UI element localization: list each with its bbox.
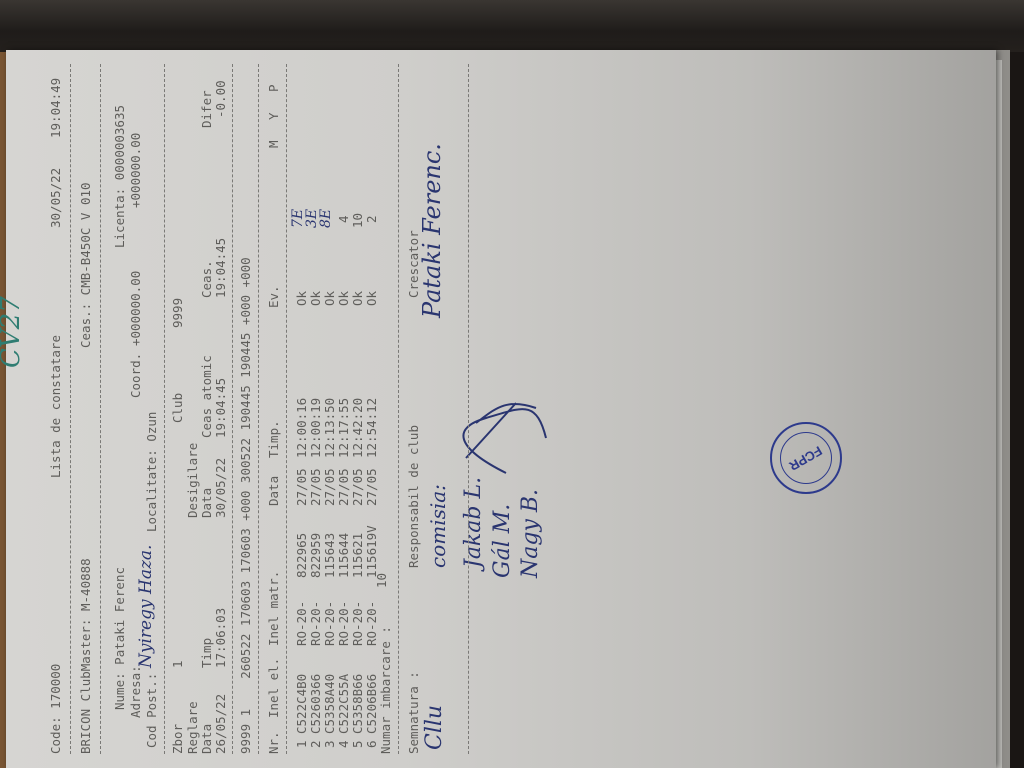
row-nr: 4 [336, 740, 351, 748]
divider [258, 64, 259, 754]
boarding-value: 10 [374, 573, 389, 588]
document-sheet: CV27 Code: 170000 Lista de constatare 30… [6, 50, 996, 768]
col-y: Y [266, 112, 281, 120]
divider [232, 64, 233, 754]
club-value: 9999 [170, 298, 185, 328]
coord-label: Coord. [128, 353, 143, 398]
atomic-label: Ceas atomic [199, 355, 214, 438]
signature-label: Semnatura : [406, 671, 421, 754]
row-inel-el: C522C4B0 [294, 674, 309, 734]
row-timp: 12:54:12 [364, 398, 379, 458]
row-timp: 12:13:50 [322, 398, 337, 458]
row-data: 27/05 [364, 468, 379, 506]
background-dark [0, 0, 1024, 52]
boarding-label: Numar imbarcare : [378, 626, 393, 754]
row-inel-el: C522C55A [336, 674, 351, 734]
coord-y: +000000.00 [128, 133, 143, 208]
row-note: 2 [364, 215, 379, 223]
row-data: 27/05 [308, 468, 323, 506]
row-nr: 2 [308, 740, 323, 748]
divider [70, 64, 71, 754]
club-responsible-label: Responsabil de club [406, 425, 421, 568]
row-prefix: RO-20- [336, 601, 351, 646]
col-timp: Timp. [266, 420, 281, 458]
row-data: 27/05 [322, 468, 337, 506]
row-prefix: RO-20- [322, 601, 337, 646]
unsealing-label: Desigilare [185, 443, 200, 518]
row-matr: 115619V [364, 525, 379, 578]
row-ev: Ok [336, 291, 351, 306]
clubmaster-id: BRICON ClubMaster: M-40888 [78, 558, 93, 754]
signature-scribble: Cllu [422, 705, 447, 750]
divider [468, 64, 469, 754]
document-page: CV27 Code: 170000 Lista de constatare 30… [6, 50, 996, 768]
postcode-label: Cod Post.: [144, 673, 159, 748]
row-inel-el: C5358A40 [322, 674, 337, 734]
row-prefix: RO-20- [364, 601, 379, 646]
row-nr: 1 [294, 740, 309, 748]
row-inel-el: C5206B66 [364, 674, 379, 734]
row-ev: Ok [322, 291, 337, 306]
row-nr: 6 [364, 740, 379, 748]
handwritten-code: CV27 [0, 296, 26, 368]
setting-time: 17:06:03 [213, 608, 228, 668]
row-timp: 12:17:55 [336, 398, 351, 458]
row-note: 8E [318, 209, 334, 228]
commission-label: comisia: [426, 484, 450, 568]
commission-member-1: Jakab L. [461, 477, 486, 568]
commission-member-3: Nagy B. [518, 489, 543, 578]
row-ev: Ok [308, 291, 323, 306]
code-row: Code: 170000 [48, 664, 63, 754]
col-nr: Nr. [266, 731, 281, 754]
row-note: 4 [336, 215, 351, 223]
row-ev: Ok [294, 291, 309, 306]
row-matr: 115621 [350, 533, 365, 578]
divider [398, 64, 399, 754]
row-ev: Ok [350, 291, 365, 306]
row-inel-el: C5358B66 [350, 674, 365, 734]
setting-label: Reglare [185, 701, 200, 754]
clock-time: 19:04:45 [213, 238, 228, 298]
col-p: P [266, 84, 281, 92]
divider [164, 64, 165, 754]
col-ev: Ev. [266, 285, 281, 308]
flight-label: Zbor [170, 724, 185, 754]
unseal-date: 30/05/22 [213, 458, 228, 518]
row-timp: 12:00:19 [308, 398, 323, 458]
col-data: Data [266, 476, 281, 506]
row-prefix: RO-20- [308, 601, 323, 646]
summary-line: 9999 1 260522 170603 170603 +000 300522 … [238, 257, 253, 754]
license-row: Licenta: 0000003635 [112, 105, 127, 248]
row-matr: 822965 [294, 533, 309, 578]
differ-value: -0.00 [213, 80, 228, 118]
clock-id: Ceas.: CMB-B450C V 010 [78, 182, 93, 348]
commission-member-2: Gál M. [490, 504, 515, 578]
row-note: 10 [350, 213, 365, 228]
data-label: Data [199, 724, 214, 754]
club-label: Club [170, 393, 185, 423]
name-row: Nume: Pataki Ferenc [112, 567, 127, 710]
signature-scribble-icon [446, 388, 556, 478]
col-m: M [266, 140, 281, 148]
divider [100, 64, 101, 754]
setting-date: 26/05/22 [213, 694, 228, 754]
flight-value: 1 [170, 660, 185, 668]
row-nr: 3 [322, 740, 337, 748]
divider [286, 64, 287, 754]
unseal-data-label: Data [199, 488, 214, 518]
row-timp: 12:00:16 [294, 398, 309, 458]
row-timp: 12:42:20 [350, 398, 365, 458]
differ-label: Difer [199, 90, 214, 128]
coord-x: +000000.00 [128, 271, 143, 346]
atomic-time: 19:04:45 [213, 378, 228, 438]
doc-title: Lista de constatare [48, 335, 63, 478]
col-inel-el: Inel el. [266, 658, 281, 718]
breeder-signature: Pataki Ferenc. [418, 143, 446, 318]
locality-row: Localitate: Ozun [144, 412, 159, 532]
row-prefix: RO-20- [350, 601, 365, 646]
row-ev: Ok [364, 291, 379, 306]
row-inel-el: C5260366 [308, 674, 323, 734]
row-nr: 5 [350, 740, 365, 748]
row-matr: 115644 [336, 533, 351, 578]
club-stamp: FCPR [770, 422, 842, 494]
row-data: 27/05 [294, 468, 309, 506]
row-matr: 822959 [308, 533, 323, 578]
row-data: 27/05 [350, 468, 365, 506]
col-inel-matr: Inel matr. [266, 571, 281, 646]
print-date: 30/05/22 [48, 168, 63, 228]
postcode-handwritten: Nyiregy Haza. [136, 545, 156, 668]
address-label: Adresa: [128, 665, 143, 718]
row-matr: 115643 [322, 533, 337, 578]
row-prefix: RO-20- [294, 601, 309, 646]
print-time: 19:04:49 [48, 78, 63, 138]
time-label: Timp [199, 638, 214, 668]
row-data: 27/05 [336, 468, 351, 506]
clock-label: Ceas. [199, 260, 214, 298]
